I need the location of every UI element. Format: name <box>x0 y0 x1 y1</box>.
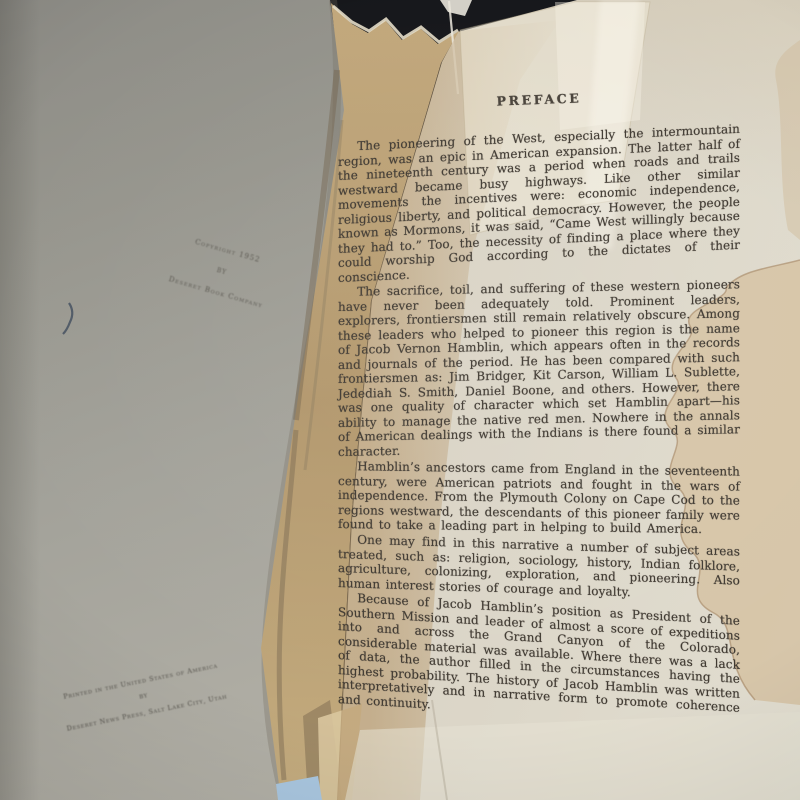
preface-paragraph: The pioneering of the West, especially t… <box>338 122 740 285</box>
preface-paragraph: Because of Jacob Hamblin’s position as P… <box>338 590 740 730</box>
book-photo: Copyright 1952 BY Deseret Book Company P… <box>0 0 800 800</box>
preface-text-block: PREFACE The pioneering of the West, espe… <box>338 92 740 706</box>
torn-paper-fleck <box>440 0 472 16</box>
preface-paragraph: Hamblin’s ancestors came from England in… <box>338 459 740 537</box>
torn-edge-highlight <box>333 6 458 42</box>
preface-paragraph: One may find in this narrative a number … <box>338 532 740 603</box>
stub-dark-blotch <box>303 700 342 800</box>
preface-paragraph: The sacrifice, toil, and suffering of th… <box>338 277 740 459</box>
